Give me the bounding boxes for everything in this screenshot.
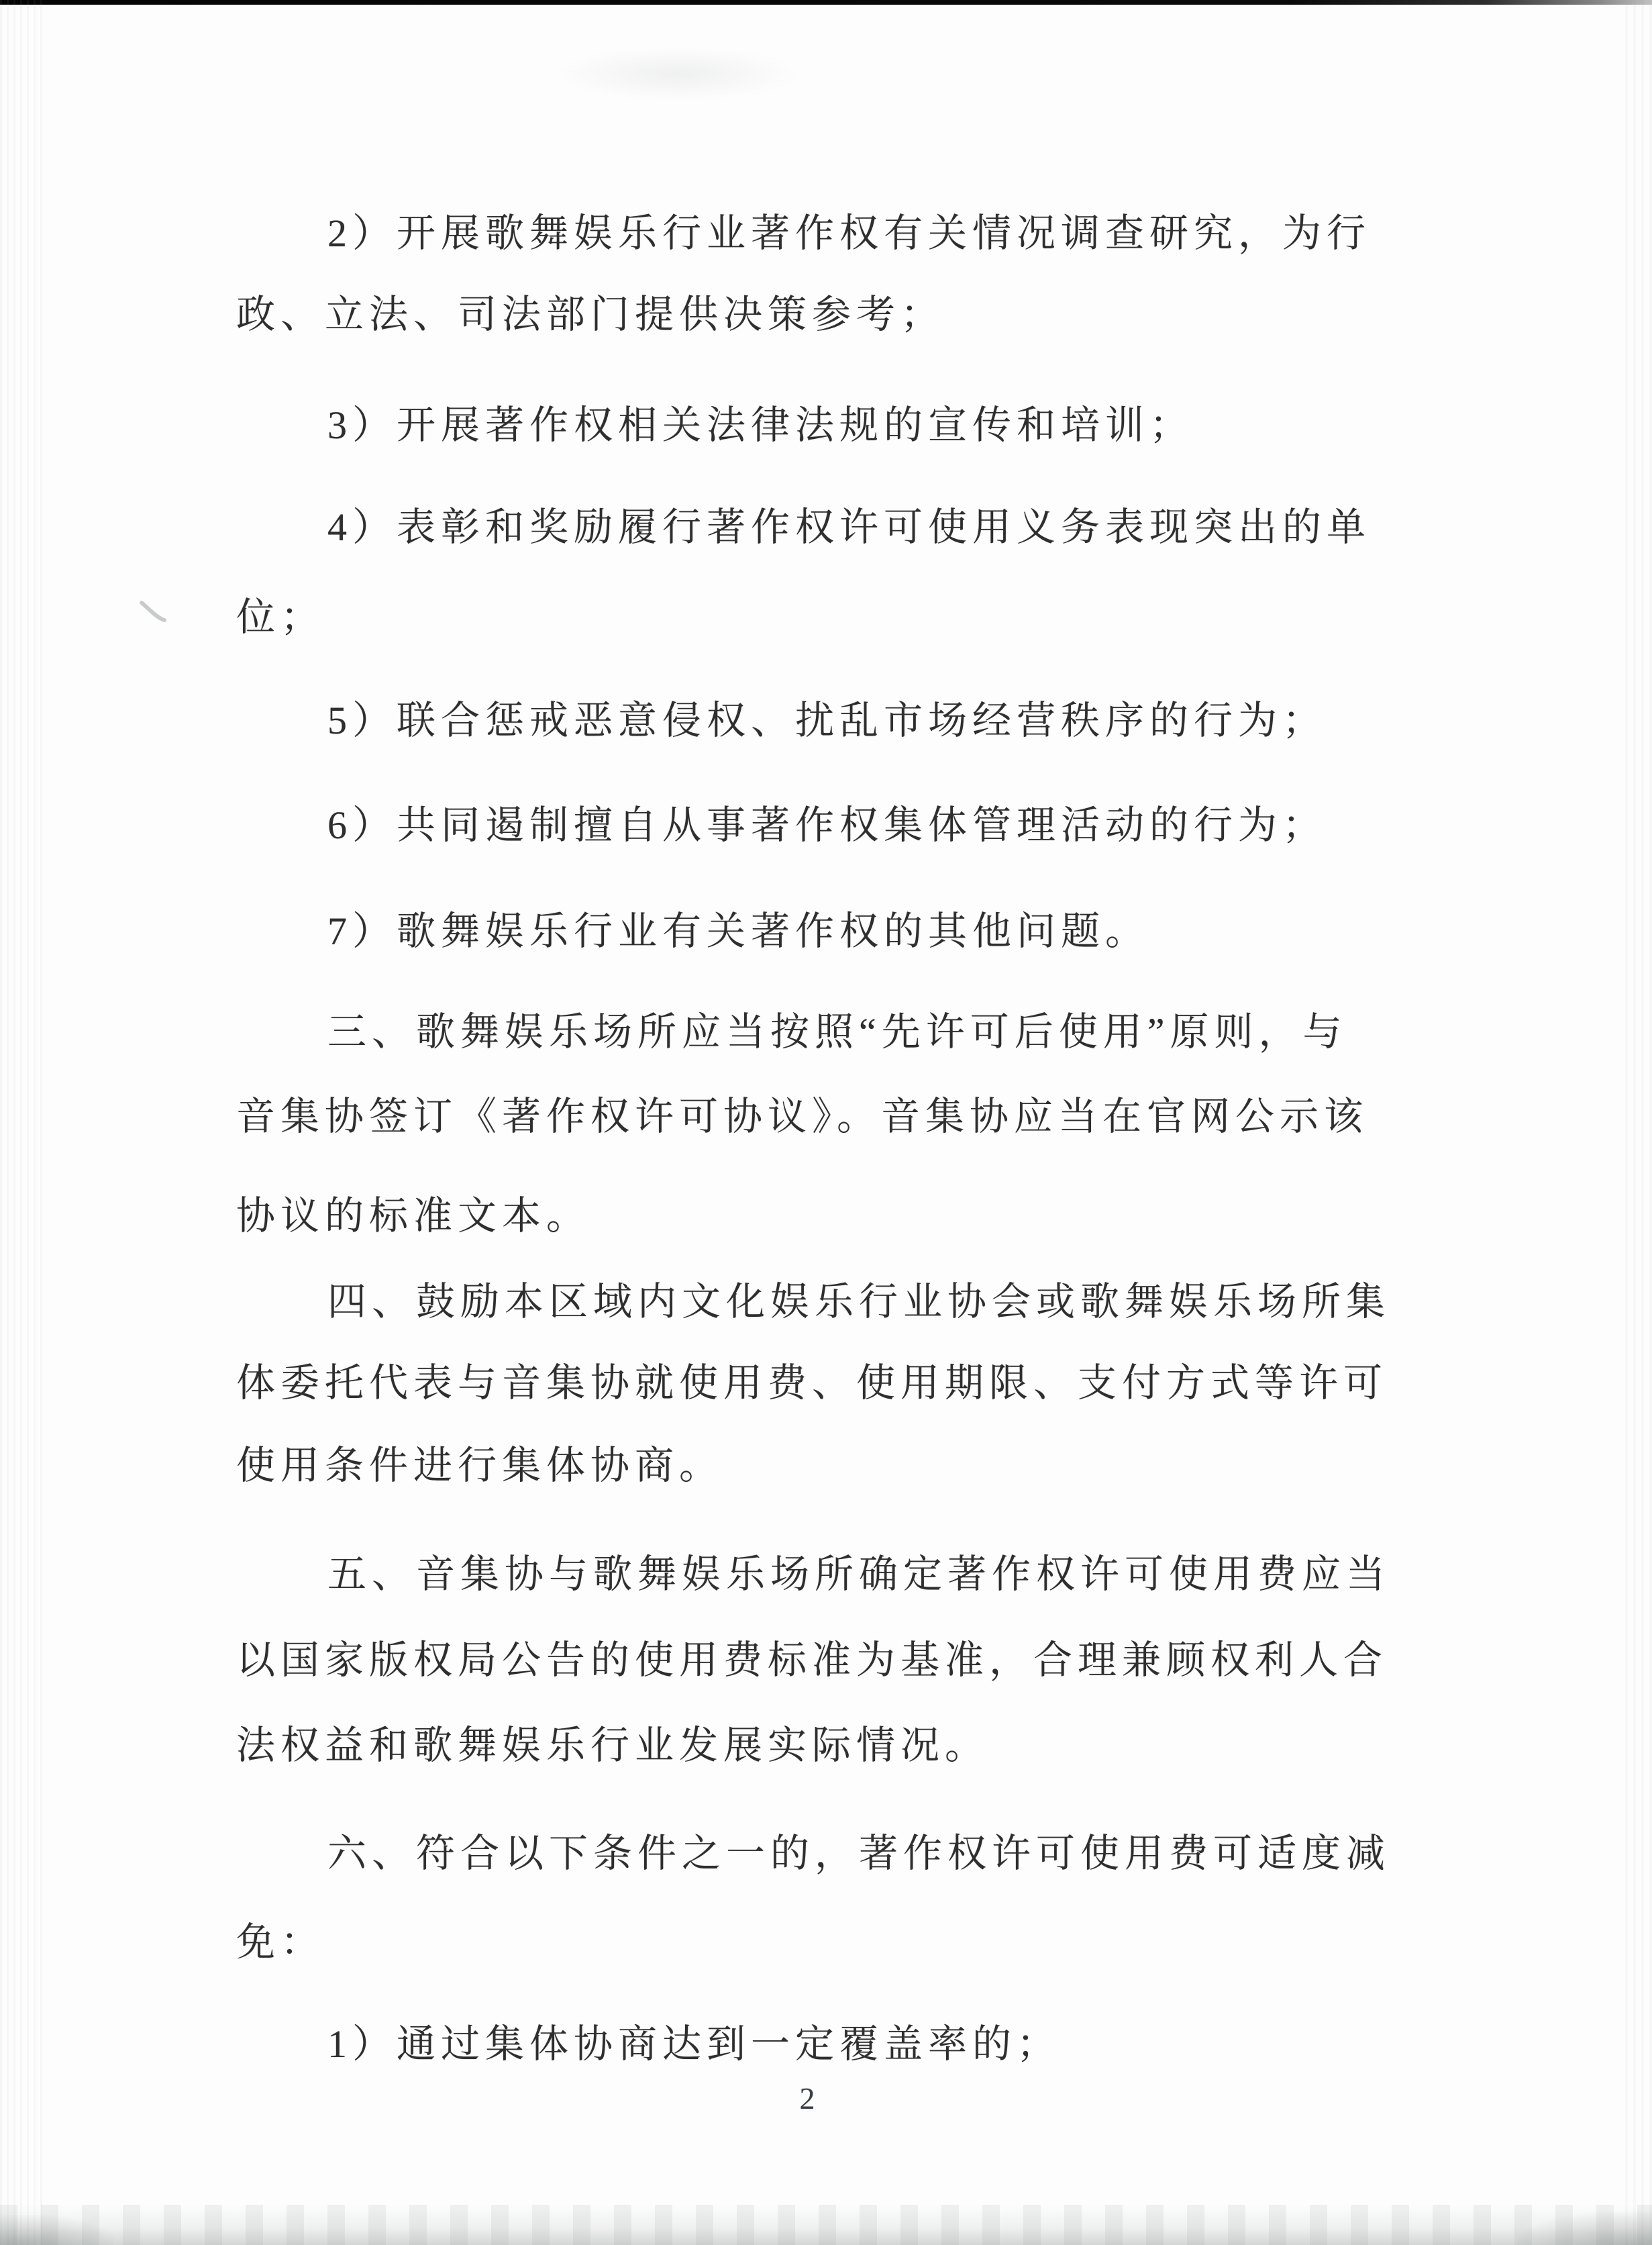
text-line: 5）联合惩戒恶意侵权、扰乱市场经营秩序的行为； — [327, 697, 1327, 745]
page-number: 2 — [770, 2081, 844, 2116]
scanned-document-page: 2）开展歌舞娱乐行业著作权有关情况调查研究，为行 政、立法、司法部门提供决策参考… — [0, 0, 1652, 2245]
text-line: 2）开展歌舞娱乐行业著作权有关情况调查研究，为行 — [327, 209, 1371, 258]
text-line: 四、鼓励本区域内文化娱乐行业协会或歌舞娱乐场所集 — [327, 1278, 1390, 1326]
scan-noise-right — [1625, 0, 1652, 2245]
scan-edge-artifact-bottom — [0, 2205, 1652, 2245]
text-line: 3）开展著作权相关法律法规的宣传和培训； — [327, 401, 1194, 450]
scan-edge-artifact-top — [0, 0, 1652, 5]
text-line: 体委托代表与音集协就使用费、使用期限、支付方式等许可 — [236, 1359, 1388, 1407]
text-line: 7）歌舞娱乐行业有关著作权的其他问题。 — [327, 907, 1149, 956]
text-line: 1）通过集体协商达到一定覆盖率的； — [327, 2020, 1061, 2068]
text-line: 三、歌舞娱乐场所应当按照“先许可后使用”原则，与 — [327, 1008, 1347, 1056]
text-line: 六、符合以下条件之一的，著作权许可使用费可适度减 — [327, 1830, 1390, 1878]
pen-stroke-artifact — [138, 597, 178, 631]
scan-smudge-top — [557, 47, 798, 101]
text-line: 五、音集协与歌舞娱乐场所确定著作权许可使用费应当 — [327, 1550, 1390, 1599]
scan-noise-left — [0, 0, 47, 2245]
text-line: 4）表彰和奖励履行著作权许可使用义务表现突出的单 — [327, 503, 1371, 552]
text-line: 使用条件进行集体协商。 — [236, 1442, 723, 1490]
scan-smudge-bottom-left — [0, 2215, 114, 2245]
text-line: 免： — [236, 1918, 325, 1966]
text-line: 6）共同遏制擅自从事著作权集体管理活动的行为； — [327, 801, 1327, 850]
text-line: 法权益和歌舞娱乐行业发展实际情况。 — [236, 1722, 989, 1770]
text-line: 位； — [236, 593, 325, 642]
text-line: 以国家版权局公告的使用费标准为基准，合理兼顾权利人合 — [236, 1636, 1388, 1685]
text-line: 政、立法、司法部门提供决策参考； — [236, 291, 945, 339]
text-line: 协议的标准文本。 — [236, 1192, 590, 1240]
scan-smudge-bottom-right — [1518, 2211, 1652, 2245]
text-line: 音集协签订《著作权许可协议》。音集协应当在官网公示该 — [236, 1093, 1368, 1141]
